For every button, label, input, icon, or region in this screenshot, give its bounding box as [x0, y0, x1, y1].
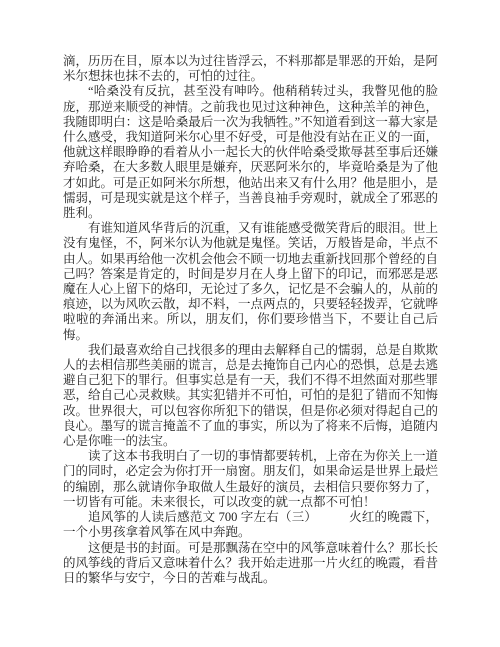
paragraph-book-cover: 这便是书的封面。可是那飘荡在空中的风筝意味着什么？那长长的风筝线的背后又意味着什…	[63, 541, 438, 587]
essay-body: 滴，历历在目，原本以为过往皆浮云，不料那都是罪恶的开始，是阿米尔想抹也抹不去的，…	[63, 54, 438, 586]
document-page: 滴，历历在目，原本以为过往皆浮云，不料那都是罪恶的开始，是阿米尔想抹也抹不去的，…	[0, 0, 500, 647]
paragraph-memory: 有谁知道风华背后的沉重，又有谁能感受微笑背后的眼泪。世上没有鬼怪，不，阿米尔认为…	[63, 221, 438, 343]
paragraph-continuation: 滴，历历在目，原本以为过往皆浮云，不料那都是罪恶的开始，是阿米尔想抹也抹不去的，…	[63, 54, 438, 84]
paragraph-lesson: 读了这本书我明白了一切的事情都要转机，上帝在为你关上一道门的同时，必定会为你打开…	[63, 449, 438, 510]
paragraph-section-three-heading: 追风筝的人读后感范文 700 字左右（三） 火红的晚霞下，一个小男孩拿着风筝在风…	[63, 510, 438, 540]
paragraph-cowardice: 我们最喜欢给自己找很多的理由去解释自己的懦弱，总是自欺欺人的去相信那些美丽的谎言…	[63, 343, 438, 449]
paragraph-hassan-scene: “哈桑没有反抗，甚至没有呻吟。他稍稍转过头，我瞥见他的脸庞，那逆来顺受的神情。之…	[63, 84, 438, 221]
